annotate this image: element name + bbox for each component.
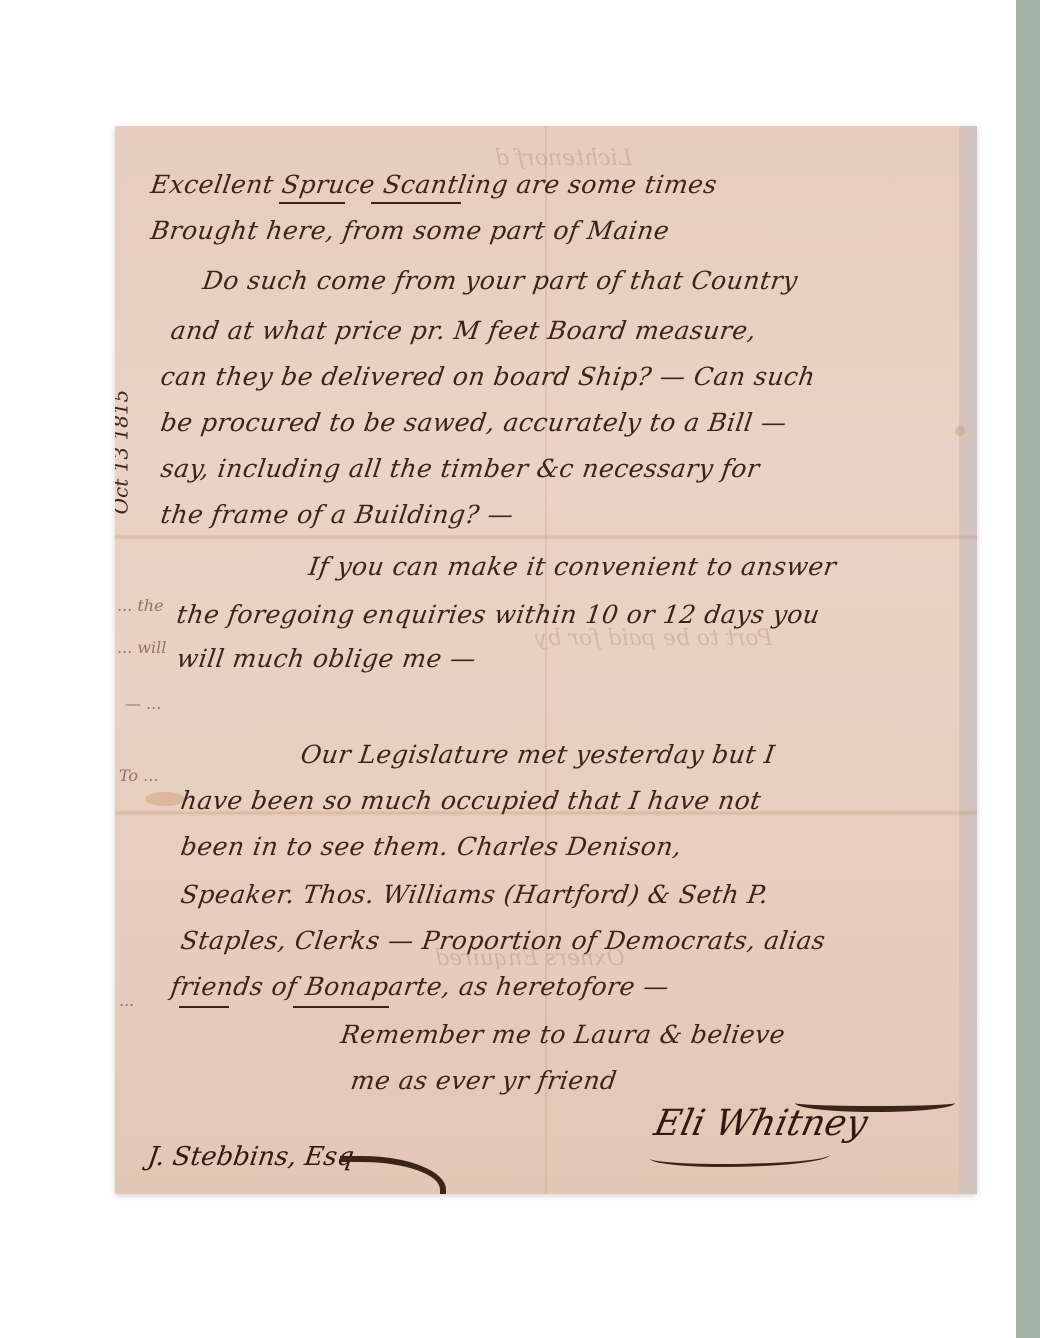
letter-line: the frame of a Building? — — [159, 500, 516, 529]
letter-line: and at what price pr. M feet Board measu… — [169, 316, 758, 345]
fold-line — [115, 534, 977, 540]
letter-line: say, including all the timber &c necessa… — [159, 454, 762, 483]
bleed-through-text: Port to be paid for by — [535, 626, 772, 651]
margin-note: ... — [119, 991, 134, 1010]
docket-note: E. Whitney Oct 13 1815 — [115, 390, 133, 515]
letter-line: Remember me to Laura & believe — [339, 1020, 787, 1049]
signature-flourish — [650, 1146, 830, 1167]
bleed-through-text: Lichtenorf d — [495, 146, 632, 171]
letter-line: Speaker. Thos. Williams (Hartford) & Set… — [179, 880, 770, 909]
docket-date: Oct 13 1815 — [115, 390, 133, 515]
letter-line: the foregoing enquiries within 10 or 12 … — [175, 600, 822, 629]
signature: Eli Whitney — [651, 1103, 871, 1144]
margin-note: To ... — [119, 766, 158, 785]
letter-line: be procured to be sawed, accurately to a… — [159, 408, 789, 437]
addressee-flourish — [340, 1156, 446, 1194]
underline — [279, 202, 345, 204]
letter-line: friends of Bonaparte, as heretofore — — [169, 972, 671, 1001]
margin-note: ... will — [117, 638, 166, 657]
letter-line: have been so much occupied that I have n… — [179, 786, 763, 815]
letter-page: Lichtenorf d Port to be paid for by Oxne… — [115, 126, 977, 1194]
letter-line: If you can make it convenient to answer — [307, 552, 838, 581]
letter-line: Staples, Clerks — Proportion of Democrat… — [179, 926, 827, 955]
letter-line: Our Legislature met yesterday but I — [299, 740, 777, 769]
underline — [293, 1006, 389, 1008]
letter-line: Brought here, from some part of Maine — [149, 216, 671, 245]
margin-note: — ... — [125, 694, 161, 713]
page-edge-strip — [959, 126, 977, 1194]
ink-stain — [955, 426, 965, 436]
margin-note: ... the — [117, 596, 164, 615]
letter-line: Excellent Spruce Scantling are some time… — [149, 170, 719, 199]
letter-line: been in to see them. Charles Denison, — [179, 832, 684, 861]
letter-line: me as ever yr friend — [349, 1066, 619, 1095]
addressee: J. Stebbins, Esq — [146, 1142, 356, 1172]
underline — [179, 1006, 229, 1008]
underline — [371, 202, 461, 204]
letter-line: Do such come from your part of that Coun… — [201, 266, 800, 295]
decorative-side-bar — [1016, 0, 1040, 1338]
ink-stain — [145, 792, 185, 806]
letter-line: can they be delivered on board Ship? — C… — [159, 362, 817, 391]
letter-line: will much oblige me — — [175, 644, 478, 673]
